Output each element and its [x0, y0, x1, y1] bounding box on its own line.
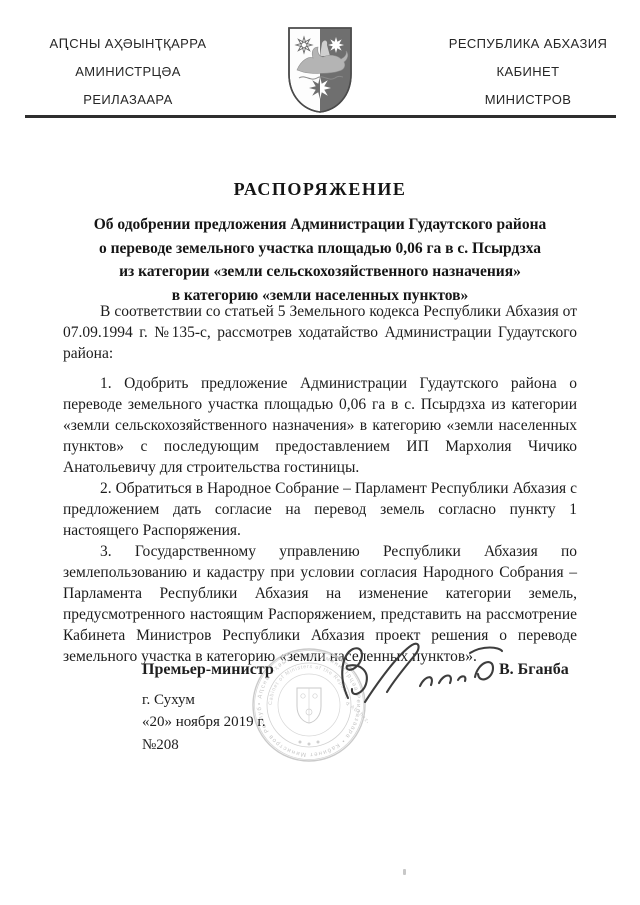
document-number: №208: [142, 737, 179, 754]
header-russian-title: РЕСПУБЛИКА АБХАЗИЯ КАБИНЕТ МИНИСТРОВ: [438, 30, 618, 114]
subject-line-1: Об одобрении предложения Администрации Г…: [58, 213, 582, 237]
header-russian-line-1: РЕСПУБЛИКА АБХАЗИЯ: [438, 30, 618, 58]
header-abkhaz-line-3: РЕИЛАЗААРА: [18, 86, 238, 114]
header-abkhaz-line-2: АМИНИСТРЦӘА: [18, 58, 238, 86]
subject-line-2: о переводе земельного участка площадью 0…: [58, 237, 582, 261]
preamble-paragraph: В соответствии со статьей 5 Земельного к…: [63, 301, 577, 364]
decree-document-page: АԤСНЫ АҲӘЫНҬҚАРРА АМИНИСТРЦӘА РЕИЛАЗААРА: [0, 0, 640, 905]
header-abkhaz-line-1: АԤСНЫ АҲӘЫНҬҚАРРА: [18, 30, 238, 58]
abkhazia-coat-of-arms-icon: [287, 26, 353, 119]
handwritten-signature-icon: [332, 640, 507, 715]
document-subject: Об одобрении предложения Администрации Г…: [58, 213, 582, 307]
signer-post-label: Премьер-министр: [142, 661, 274, 679]
subject-line-3: из категории «земли сельскохозяйственног…: [58, 260, 582, 284]
header-russian-line-3: МИНИСТРОВ: [438, 86, 618, 114]
header-abkhaz-title: АԤСНЫ АҲӘЫНҬҚАРРА АМИНИСТРЦӘА РЕИЛАЗААРА: [18, 30, 238, 114]
issue-date: «20» ноября 2019 г.: [142, 714, 266, 731]
issue-place: г. Сухум: [142, 692, 195, 709]
signer-name: В. Бганба: [499, 661, 569, 679]
decree-body: В соответствии со статьей 5 Земельного к…: [63, 301, 577, 667]
document-title: РАСПОРЯЖЕНИЕ: [0, 179, 640, 200]
decree-item-2: 2. Обратиться в Народное Собрание – Парл…: [63, 478, 577, 541]
header-double-rule: [25, 115, 616, 118]
scan-artifact: [403, 869, 406, 875]
header-russian-line-2: КАБИНЕТ: [438, 58, 618, 86]
decree-item-1: 1. Одобрить предложение Администрации Гу…: [63, 373, 577, 478]
